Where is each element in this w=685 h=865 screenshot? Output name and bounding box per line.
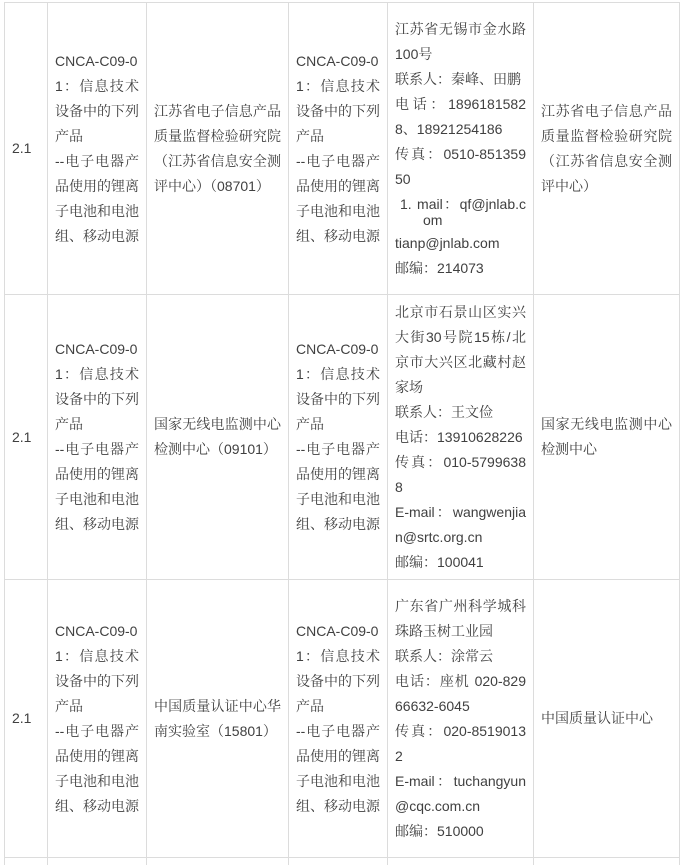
lab-name-cell: 江苏省电子信息产品质量监督检验研究院（江苏省信息安全测评中心）（08701） [147, 3, 289, 295]
empty-cell [534, 858, 680, 865]
contact-zip: 邮编：510000 [395, 819, 526, 844]
contact-person: 联系人：涂常云 [395, 644, 526, 669]
org-name-cell: 中国质量认证中心 [534, 580, 680, 858]
contact-email: E-mail：wangwenjian@srtc.org.cn [395, 500, 526, 550]
contact-fax: 传真：020-85190132 [395, 719, 526, 769]
table-row: 2.1 CNCA-C09-01：信息技术设备中的下列产品 --电子电器产品使用的… [5, 295, 680, 580]
contact-zip: 邮编：100041 [395, 550, 526, 575]
table-row: 2.1 CNCA-C09-01：信息技术设备中的下列产品 --电子电器产品使用的… [5, 3, 680, 295]
scope-detail: --电子电器产品使用的锂离子电池和电池组、移动电源 [55, 719, 139, 819]
contact-address: 北京市石景山区实兴大街30号院15栋/北京市大兴区北藏村赵家场 [395, 300, 526, 400]
scope-code: CNCA-C09-01：信息技术设备中的下列产品 [296, 49, 380, 149]
certification-scope-cell: CNCA-C09-01：信息技术设备中的下列产品 --电子电器产品使用的锂离子电… [48, 580, 147, 858]
empty-cell [289, 858, 388, 865]
lab-name-cell: 国家无线电监测中心检测中心（09101） [147, 295, 289, 580]
contact-fax: 传真：0510-85135950 [395, 142, 526, 192]
empty-cell [5, 858, 48, 865]
row-number: 2.1 [5, 580, 48, 858]
scope-detail: --电子电器产品使用的锂离子电池和电池组、移动电源 [296, 149, 380, 249]
scope-code: CNCA-C09-01：信息技术设备中的下列产品 [296, 337, 380, 437]
scope-detail: --电子电器产品使用的锂离子电池和电池组、移动电源 [55, 149, 139, 249]
contact-mail-list-item: 1. mail：qf@jnlab.com [395, 196, 526, 228]
table-row: 2.1 CNCA-C09-01：信息技术设备中的下列产品 --电子电器产品使用的… [5, 580, 680, 858]
contact-email: E-mail：tuchangyun@cqc.com.cn [395, 769, 526, 819]
empty-cell [388, 858, 534, 865]
empty-cell [147, 858, 289, 865]
scope-code: CNCA-C09-01：信息技术设备中的下列产品 [296, 619, 380, 719]
certification-scope-cell-2: CNCA-C09-01：信息技术设备中的下列产品 --电子电器产品使用的锂离子电… [289, 295, 388, 580]
certification-lab-table: 2.1 CNCA-C09-01：信息技术设备中的下列产品 --电子电器产品使用的… [4, 2, 680, 865]
contact-phone: 电话：13910628226 [395, 425, 526, 450]
contact-info-cell: 江苏省无锡市金水路100号 联系人：秦峰、田鹏 电话：18961815828、1… [388, 3, 534, 295]
lab-name-cell: 中国质量认证中心华南实验室（15801） [147, 580, 289, 858]
contact-phone: 电话：18961815828、18921254186 [395, 92, 526, 142]
certification-scope-cell-2: CNCA-C09-01：信息技术设备中的下列产品 --电子电器产品使用的锂离子电… [289, 580, 388, 858]
contact-zip: 邮编：214073 [395, 256, 526, 281]
contact-person: 联系人：王文俭 [395, 400, 526, 425]
scope-code: CNCA-C09-01：信息技术设备中的下列产品 [55, 49, 139, 149]
contact-person: 联系人：秦峰、田鹏 [395, 67, 526, 92]
certification-scope-cell: CNCA-C09-01：信息技术设备中的下列产品 --电子电器产品使用的锂离子电… [48, 295, 147, 580]
row-number: 2.1 [5, 3, 48, 295]
scope-code: CNCA-C09-01：信息技术设备中的下列产品 [55, 337, 139, 437]
certification-scope-cell: CNCA-C09-01：信息技术设备中的下列产品 --电子电器产品使用的锂离子电… [48, 3, 147, 295]
org-name-cell: 江苏省电子信息产品质量监督检验研究院（江苏省信息安全测评中心） [534, 3, 680, 295]
row-number: 2.1 [5, 295, 48, 580]
page: 2.1 CNCA-C09-01：信息技术设备中的下列产品 --电子电器产品使用的… [0, 0, 685, 865]
contact-address: 江苏省无锡市金水路100号 [395, 17, 526, 67]
contact-info-cell: 北京市石景山区实兴大街30号院15栋/北京市大兴区北藏村赵家场 联系人：王文俭 … [388, 295, 534, 580]
table-row-partial [5, 858, 680, 865]
empty-cell [48, 858, 147, 865]
scope-detail: --电子电器产品使用的锂离子电池和电池组、移动电源 [296, 719, 380, 819]
org-name-cell: 国家无线电监测中心检测中心 [534, 295, 680, 580]
certification-scope-cell-2: CNCA-C09-01：信息技术设备中的下列产品 --电子电器产品使用的锂离子电… [289, 3, 388, 295]
contact-email-2: tianp@jnlab.com [395, 231, 526, 256]
contact-fax: 传真：010-57996388 [395, 450, 526, 500]
contact-info-cell: 广东省广州科学城科珠路玉树工业园 联系人：涂常云 电话：座机 020-82966… [388, 580, 534, 858]
scope-detail: --电子电器产品使用的锂离子电池和电池组、移动电源 [296, 437, 380, 537]
contact-phone: 电话：座机 020-82966632-6045 [395, 669, 526, 719]
scope-code: CNCA-C09-01：信息技术设备中的下列产品 [55, 619, 139, 719]
scope-detail: --电子电器产品使用的锂离子电池和电池组、移动电源 [55, 437, 139, 537]
contact-address: 广东省广州科学城科珠路玉树工业园 [395, 594, 526, 644]
